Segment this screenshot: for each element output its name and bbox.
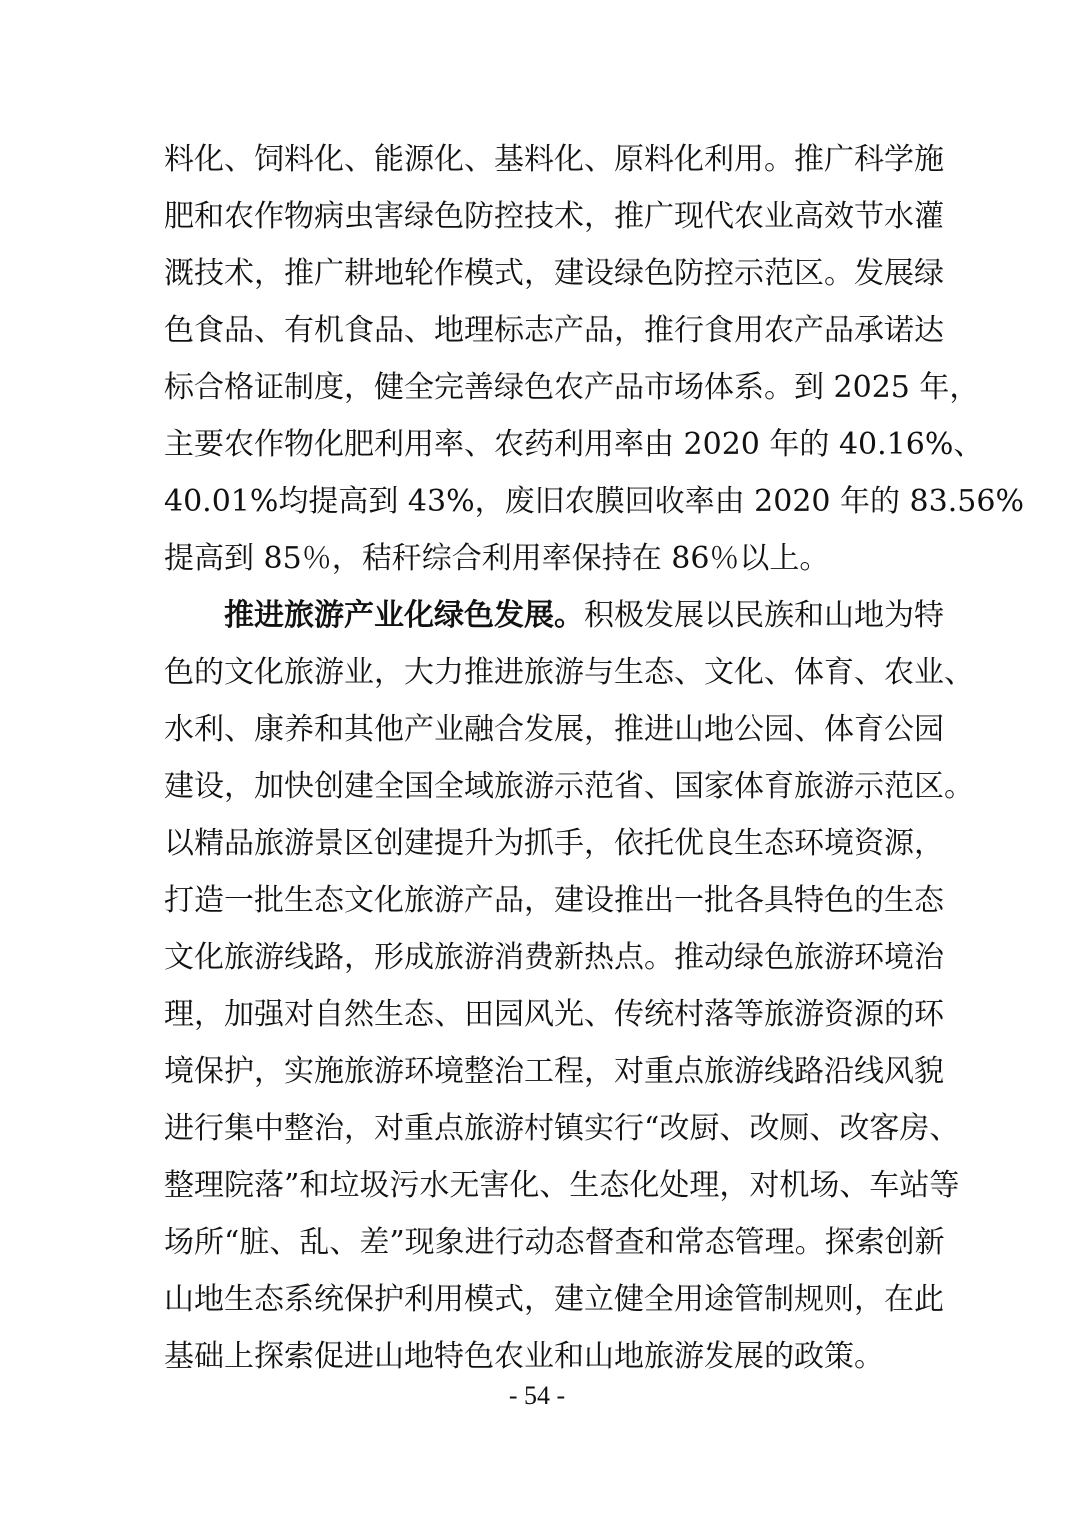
text-line: 建设，加快创建全国全域旅游示范省、国家体育旅游示范区。: [164, 767, 910, 807]
text-line: 进行集中整治，对重点旅游村镇实行“改厨、改厕、改客房、: [164, 1109, 910, 1149]
text-line: 提高到 85％，秸秆综合利用率保持在 86％以上。: [164, 539, 910, 579]
text-line: 40.01%均提高到 43%，废旧农膜回收率由 2020 年的 83.56%: [164, 482, 910, 522]
text-line: 场所“脏、乱、差”现象进行动态督查和常态管理。探索创新: [164, 1223, 910, 1263]
text-line: 主要农作物化肥利用率、农药利用率由 2020 年的 40.16%、: [164, 425, 910, 465]
text-line: 水利、康养和其他产业融合发展，推进山地公园、体育公园: [164, 710, 910, 750]
text-line: 山地生态系统保护利用模式，建立健全用途管制规则，在此: [164, 1280, 910, 1320]
text-line: 理，加强对自然生态、田园风光、传统村落等旅游资源的环: [164, 995, 910, 1035]
text-line: 标合格证制度，健全完善绿色农产品市场体系。到 2025 年，: [164, 368, 910, 408]
text-line: 境保护，实施旅游环境整治工程，对重点旅游线路沿线风貌: [164, 1052, 910, 1092]
text-line: 肥和农作物病虫害绿色防控技术，推广现代农业高效节水灌: [164, 197, 910, 237]
document-page: 料化、饲料化、能源化、基料化、原料化利用。推广科学施 肥和农作物病虫害绿色防控技…: [0, 0, 1074, 1520]
text-span: 积极发展以民族和山地为特: [584, 598, 944, 633]
page-number: - 54 -: [0, 1381, 1074, 1411]
text-line: 料化、饲料化、能源化、基料化、原料化利用。推广科学施: [164, 140, 910, 180]
text-line: 色食品、有机食品、地理标志产品，推行食用农产品承诺达: [164, 311, 910, 351]
text-line: 打造一批生态文化旅游产品，建设推出一批各具特色的生态: [164, 881, 910, 921]
paragraph-first-line: 推进旅游产业化绿色发展。积极发展以民族和山地为特: [224, 596, 910, 636]
text-line: 色的文化旅游业，大力推进旅游与生态、文化、体育、农业、: [164, 653, 910, 693]
text-line: 文化旅游线路，形成旅游消费新热点。推动绿色旅游环境治: [164, 938, 910, 978]
text-line: 整理院落”和垃圾污水无害化、生态化处理，对机场、车站等: [164, 1166, 910, 1206]
section-lead-heading: 推进旅游产业化绿色发展。: [224, 598, 584, 633]
text-line: 以精品旅游景区创建提升为抓手，依托优良生态环境资源，: [164, 824, 910, 864]
text-line: 溉技术，推广耕地轮作模式，建设绿色防控示范区。发展绿: [164, 254, 910, 294]
text-line: 基础上探索促进山地特色农业和山地旅游发展的政策。: [164, 1337, 910, 1377]
